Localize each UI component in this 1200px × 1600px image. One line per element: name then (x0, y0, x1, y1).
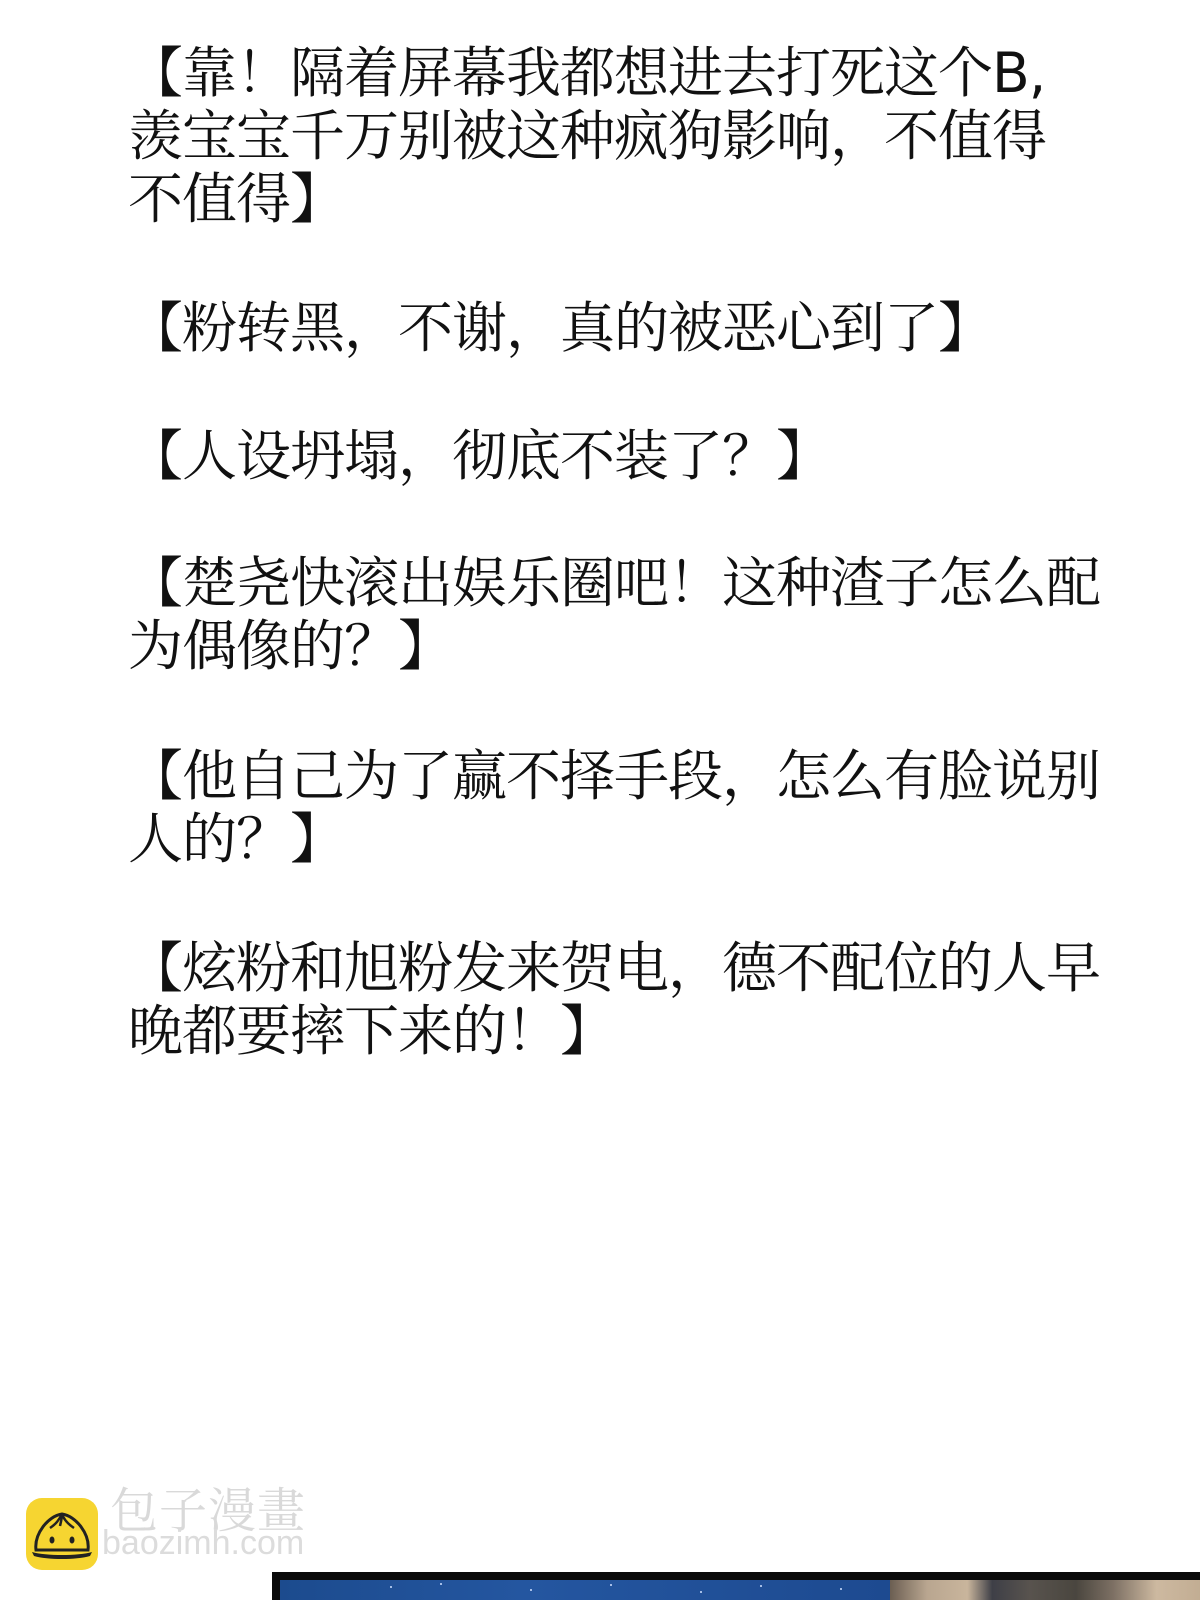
comment-line: 为偶像的？】 (128, 615, 1100, 678)
comment-3: 【人设坍塌，彻底不装了？】 (128, 425, 830, 488)
next-comic-panel (272, 1572, 1200, 1600)
watermark-url: baozimh.com (102, 1524, 304, 1563)
comment-1: 【靠！隔着屏幕我都想进去打死这个B, 羡宝宝千万别被这种疯狗影响，不值得 不值得… (128, 42, 1046, 231)
comment-line: 【靠！隔着屏幕我都想进去打死这个B, (128, 42, 1046, 105)
comment-line: 人的？】 (128, 808, 1100, 871)
comment-line: 羡宝宝千万别被这种疯狗影响，不值得 (128, 105, 1046, 168)
comment-line: 【炫粉和旭粉发来贺电，德不配位的人早 (128, 937, 1100, 1000)
comment-line: 【他自己为了赢不择手段，怎么有脸说别 (128, 745, 1100, 808)
comment-line: 不值得】 (128, 168, 1046, 231)
steamed-bun-icon (26, 1498, 98, 1570)
comment-6: 【炫粉和旭粉发来贺电，德不配位的人早 晚都要摔下来的！】 (128, 937, 1100, 1063)
comment-4: 【楚尧快滚出娱乐圈吧！这种渣子怎么配 为偶像的？】 (128, 552, 1100, 678)
interior-scene-image (890, 1580, 1200, 1600)
comment-line: 【人设坍塌，彻底不装了？】 (128, 425, 830, 488)
night-sky-image (280, 1580, 890, 1600)
comment-line: 【楚尧快滚出娱乐圈吧！这种渣子怎么配 (128, 552, 1100, 615)
comment-5: 【他自己为了赢不择手段，怎么有脸说别 人的？】 (128, 745, 1100, 871)
comment-line: 【粉转黑，不谢，真的被恶心到了】 (128, 297, 992, 360)
watermark: 包子漫畫 baozimh.com (26, 1494, 310, 1574)
comment-2: 【粉转黑，不谢，真的被恶心到了】 (128, 297, 992, 360)
comment-line: 晚都要摔下来的！】 (128, 1000, 1100, 1063)
